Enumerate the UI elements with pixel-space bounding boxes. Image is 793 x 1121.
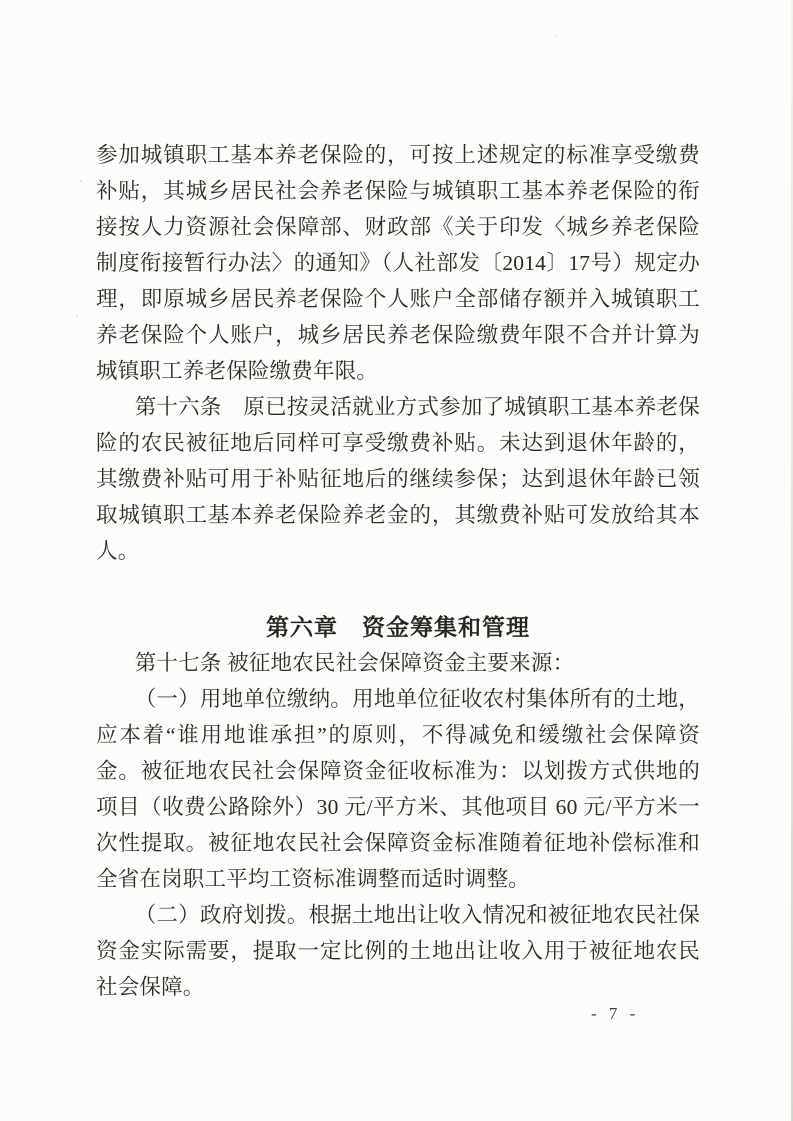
- page-number: - 7 -: [591, 1003, 639, 1025]
- document-page: 参加城镇职工基本养老保险的，可按上述规定的标准享受缴费补贴，其城乡居民社会养老保…: [0, 0, 793, 1121]
- paragraph-article-17: 第十七条 被征地农民社会保障资金主要来源：: [96, 645, 700, 681]
- chapter-heading: 第六章 资金筹集和管理: [96, 609, 700, 645]
- paragraph-continuation: 参加城镇职工基本养老保险的，可按上述规定的标准享受缴费补贴，其城乡居民社会养老保…: [96, 137, 700, 389]
- paragraph-item-1: （一）用地单位缴纳。用地单位征收农村集体所有的土地，应本着“谁用地谁承担”的原则…: [96, 681, 700, 897]
- document-body: 参加城镇职工基本养老保险的，可按上述规定的标准享受缴费补贴，其城乡居民社会养老保…: [96, 0, 700, 1005]
- paragraph-item-2: （二）政府划拨。根据土地出让收入情况和被征地农民社保资金实际需要，提取一定比例的…: [96, 897, 700, 1005]
- scan-speckle-artifacts: [80, 180, 82, 182]
- paragraph-article-16: 第十六条 原已按灵活就业方式参加了城镇职工基本养老保险的农民被征地后同样可享受缴…: [96, 389, 700, 569]
